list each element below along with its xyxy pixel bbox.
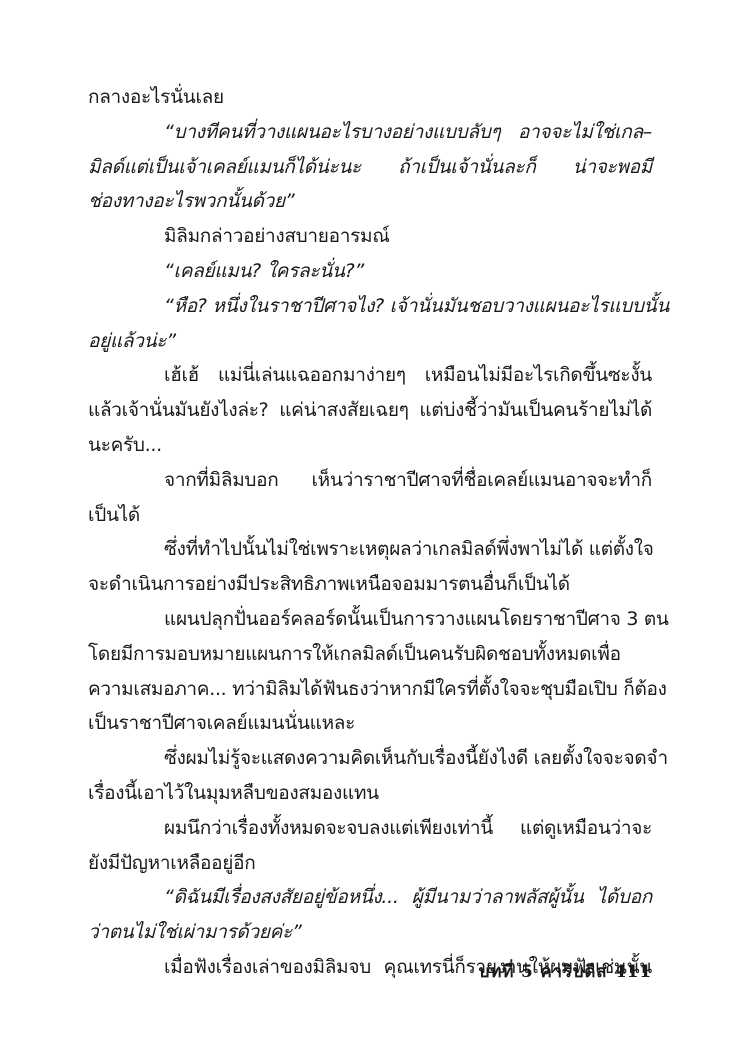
text-line: อยู่แล้วน่ะ”	[88, 324, 652, 359]
text-line: ยังมีปัญหาเหลืออยู่อีก	[88, 846, 652, 881]
text-line: แล้วเจ้านั่นมันยังไงล่ะ? แค่น่าสงสัยเฉยๆ…	[88, 393, 652, 428]
text-line: “บางทีคนที่วางแผนอะไรบางอย่างแบบลับๆ อาจ…	[88, 115, 652, 150]
text-line: ผมนึกว่าเรื่องทั้งหมดจะจบลงแต่เพียงเท่าน…	[88, 811, 652, 846]
book-page: กลางอะไรนั่นเลย “บางทีคนที่วางแผนอะไรบาง…	[0, 0, 738, 1051]
text-line: โดยมีการมอบหมายแผนการให้เกลมิลด์เป็นคนรั…	[88, 637, 652, 672]
text-line: มิลิมกล่าวอย่างสบายอารมณ์	[88, 219, 652, 254]
body-text: กลางอะไรนั่นเลย “บางทีคนที่วางแผนอะไรบาง…	[88, 80, 652, 985]
page-footer-running-head: บทที่ 5 คาริบดิส 411	[452, 958, 652, 985]
text-line: ช่องทางอะไรพวกนั้นด้วย”	[88, 184, 652, 219]
text-line: ซึ่งผมไม่รู้จะแสดงความคิดเห็นกับเรื่องนี…	[88, 741, 652, 776]
text-line: จากที่มิลิมบอก เห็นว่าราชาปีศาจที่ชื่อเค…	[88, 463, 652, 498]
text-line: “ดิฉันมีเรื่องสงสัยอยู่ข้อหนึ่ง... ผู้มี…	[88, 880, 652, 915]
text-line: ความเสมอภาค... ทว่ามิลิมได้ฟันธงว่าหากมี…	[88, 672, 652, 707]
text-line: นะครับ...	[88, 428, 652, 463]
text-line: มิลด์แต่เป็นเจ้าเคลย์แมนก็ได้น่ะนะ ถ้าเป…	[88, 150, 652, 185]
text-line: ว่าตนไม่ใช่เผ่ามารด้วยค่ะ”	[88, 915, 652, 950]
text-line: กลางอะไรนั่นเลย	[88, 80, 652, 115]
text-line: “หือ? หนึ่งในราชาปีศาจไง? เจ้านั่นมันชอบ…	[88, 289, 652, 324]
text-line: จะดำเนินการอย่างมีประสิทธิภาพเหนือจอมมาร…	[88, 567, 652, 602]
text-line: เป็นราชาปีศาจเคลย์แมนนั่นแหละ	[88, 706, 652, 741]
text-line: แผนปลุกปั่นออร์คลอร์ดนั้นเป็นการวางแผนโด…	[88, 602, 652, 637]
text-line: เรื่องนี้เอาไว้ในมุมหลืบของสมองแทน	[88, 776, 652, 811]
text-line: เฮ้เฮ้ แม่นี่เล่นแฉออกมาง่ายๆ เหมือนไม่ม…	[88, 358, 652, 393]
text-line: ซึ่งที่ทำไปนั้นไม่ใช่เพราะเหตุผลว่าเกลมิ…	[88, 532, 652, 567]
text-line: เป็นได้	[88, 498, 652, 533]
text-line: “เคลย์แมน? ใครละนั่น?”	[88, 254, 652, 289]
